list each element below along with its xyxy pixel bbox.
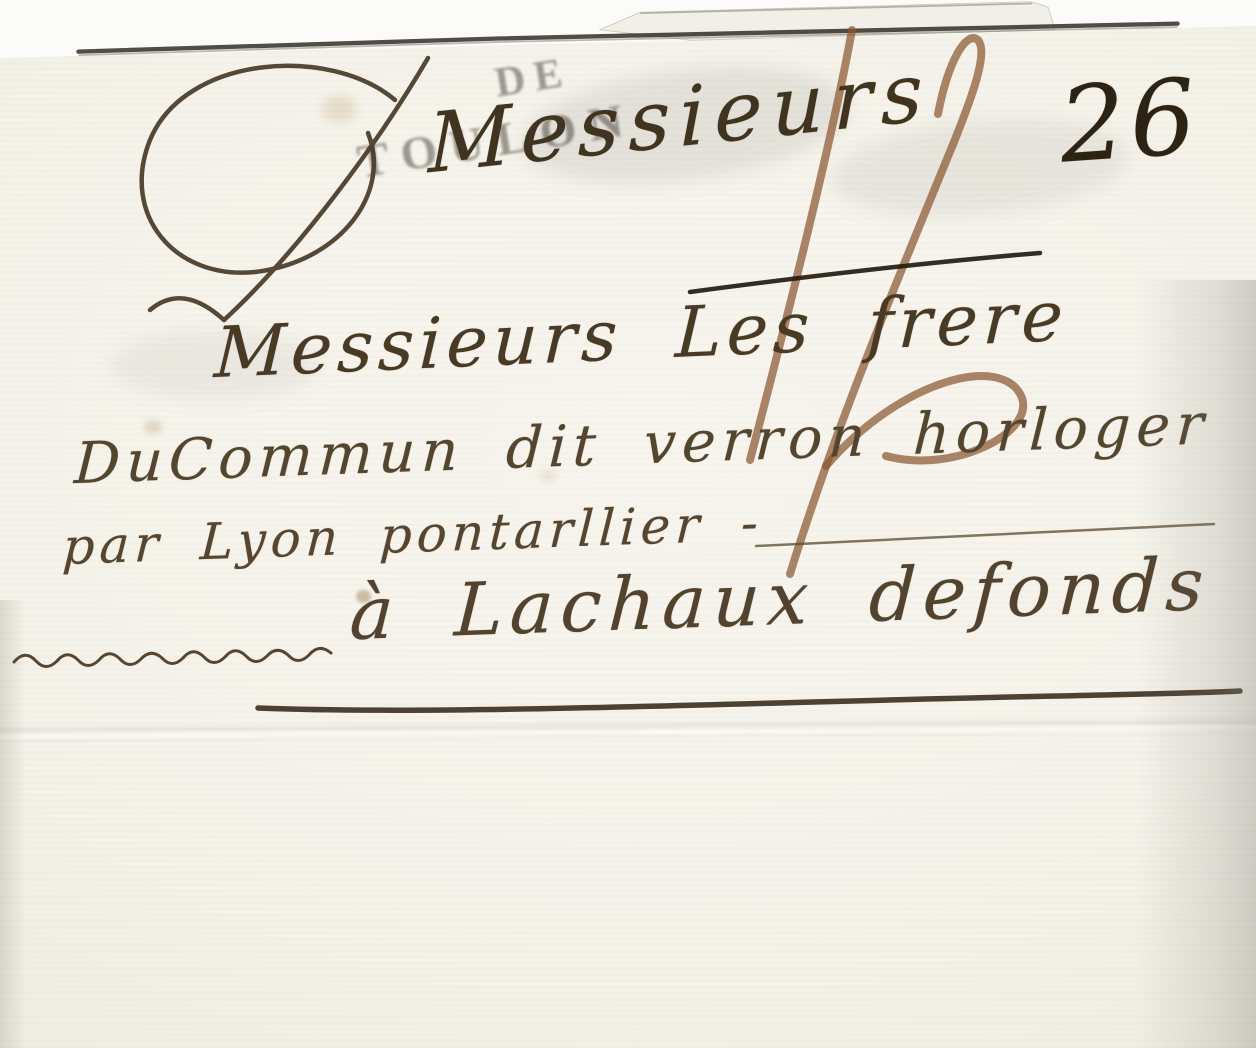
letter-scan: DE TOULON Messieurs 26 Messieurs Les fre… <box>0 0 1256 1048</box>
right-edge-shade <box>1136 280 1256 1048</box>
rate-annotation: 26 <box>1056 64 1203 178</box>
left-edge-shade <box>0 600 26 1048</box>
